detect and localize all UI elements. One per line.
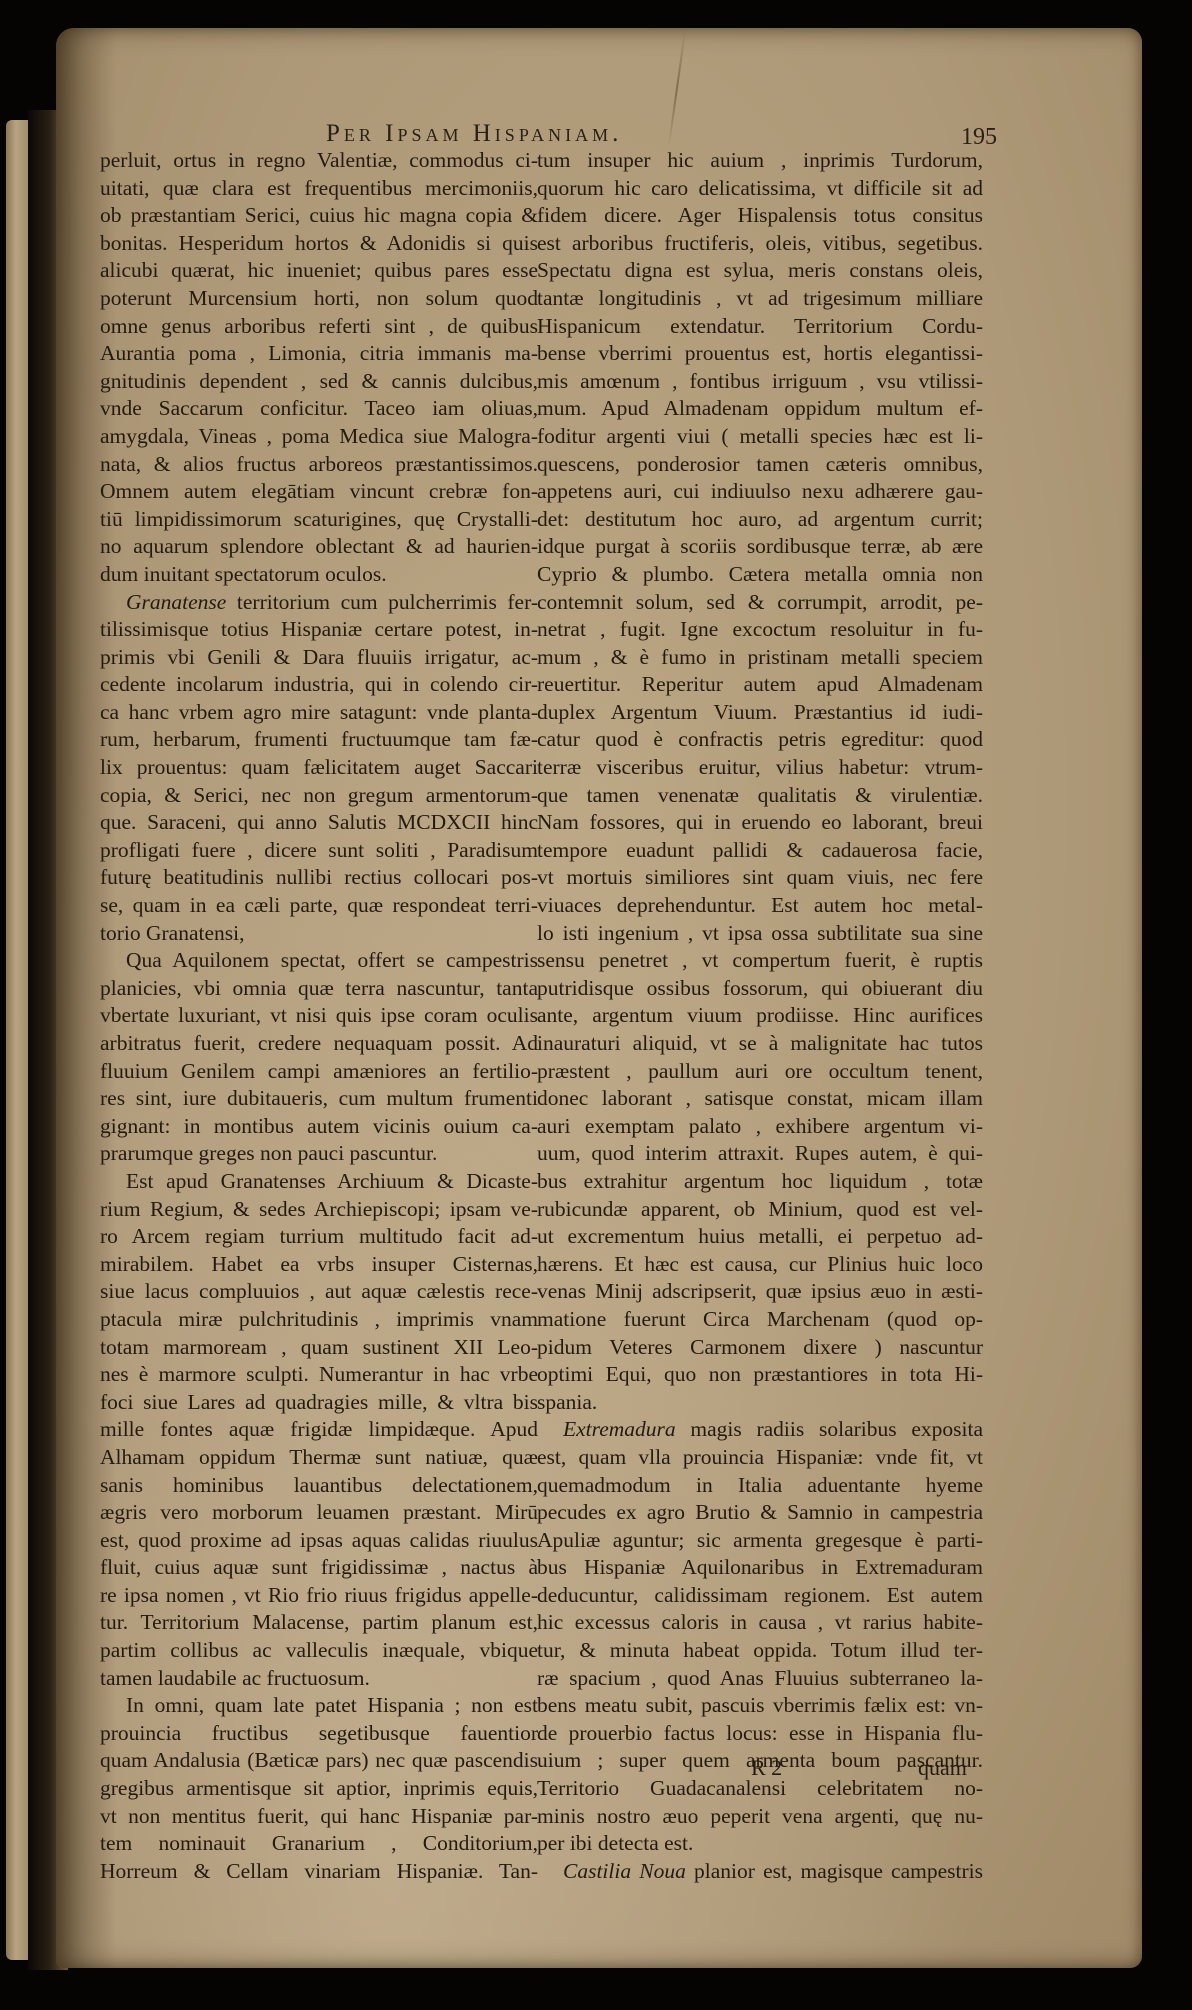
line-text: est, quod proxime ad ipsas aquas calidas…	[100, 1528, 538, 1552]
text-line: ut excrementum huius metalli, ei perpetu…	[537, 1223, 983, 1251]
text-line: Spectatu digna est sylua, meris constans…	[537, 257, 983, 285]
line-text: Omnem autem elegātiam vincunt crebræ fon…	[100, 479, 538, 503]
line-text: Aurantia poma , Limonia, citria immanis …	[100, 341, 538, 365]
text-line: vt mortuis similiores sint quam viuis, n…	[537, 864, 983, 892]
line-text: gregibus armentisque sit aptior, inprimi…	[100, 1776, 538, 1800]
text-line: cedente incolarum industria, qui in cole…	[100, 671, 538, 699]
line-text: vt mortuis similiores sint quam viuis, n…	[537, 865, 983, 889]
text-line: vnde Saccarum conficitur. Taceo iam oliu…	[100, 395, 538, 423]
text-line: putridisque ossibus fossorum, qui obiuer…	[537, 975, 983, 1003]
line-text: appetens auri, cui indiuulso nexu adhære…	[537, 479, 983, 503]
line-text: mille fontes aquæ frigidæ limpidæque. Ap…	[100, 1417, 538, 1441]
line-text: duplex Argentum Viuum. Præstantius id iu…	[537, 700, 983, 724]
text-line: primis vbi Genili & Dara fluuiis irrigat…	[100, 644, 538, 672]
line-text: alicubi quærat, hic inueniet; quibus par…	[100, 258, 538, 282]
text-line: que. Saraceni, qui anno Salutis MCDXCII …	[100, 809, 538, 837]
text-line: idque purgat à scoriis sordibusque terræ…	[537, 533, 983, 561]
line-text: mis amœnum , fontibus irriguum , vsu vti…	[537, 369, 983, 393]
text-line: sensu penetret , vt compertum fuerit, è …	[537, 947, 983, 975]
text-line: In omni, quam late patet Hispania ; non …	[100, 1692, 538, 1720]
text-line: pidum Veteres Carmonem dixere ) nascuntu…	[537, 1334, 983, 1362]
line-text: foditur argenti viui ( metalli species h…	[537, 424, 983, 448]
line-text: bus extrahitur argentum hoc liquidum , t…	[537, 1169, 983, 1193]
text-line: quam Andalusia (Bæticæ pars) nec quæ pas…	[100, 1747, 538, 1775]
line-text: spania.	[537, 1390, 597, 1414]
text-line: rubicundæ apparent, ob Minium, quod est …	[537, 1196, 983, 1224]
line-text: inauraturi aliquid, vt se à malignitate …	[537, 1031, 983, 1055]
text-line: viuaces deprehenduntur. Est autem hoc me…	[537, 892, 983, 920]
text-line: Castilia Noua planior est, magisque camp…	[537, 1858, 983, 1886]
text-line: vbertate luxuriant, vt nisi quis ipse co…	[100, 1002, 538, 1030]
line-text: ca hanc vrbem agro mire satagunt: vnde p…	[100, 700, 538, 724]
line-text: nata, & alios fructus arboreos præstanti…	[100, 452, 538, 476]
text-line: prouincia fructibus segetibusque fauenti…	[100, 1720, 538, 1748]
line-text: planior est, magisque campestris	[694, 1859, 983, 1883]
line-text: mum. Apud Almadenam oppidum multum ef-	[537, 396, 983, 420]
line-text: Qua Aquilonem spectat, offert se campest…	[126, 948, 538, 972]
line-text: no aquarum splendore oblectant & ad haur…	[100, 534, 538, 558]
line-text: amygdala, Vineas , poma Medica siue Malo…	[100, 424, 538, 448]
text-line: ro Arcem regiam turrium multitudo facit …	[100, 1223, 538, 1251]
text-line: Est apud Granatenses Archiuum & Dicaste-	[100, 1168, 538, 1196]
line-text: cedente incolarum industria, qui in cole…	[100, 672, 538, 696]
line-text: est, quam vlla prouincia Hispaniæ: vnde …	[537, 1445, 983, 1469]
text-line: Apuliæ aguntur; sic armenta gregesque è …	[537, 1527, 983, 1555]
line-text: gignant: in montibus autem vicinis ouium…	[100, 1114, 538, 1138]
text-line: foci siue Lares ad quadragies mille, & v…	[100, 1389, 538, 1417]
text-line: spania.	[537, 1389, 983, 1417]
text-line: Omnem autem elegātiam vincunt crebræ fon…	[100, 478, 538, 506]
text-line: no aquarum splendore oblectant & ad haur…	[100, 533, 538, 561]
line-text: pecudes ex agro Brutio & Samnio in campe…	[537, 1500, 983, 1524]
line-text: quescens, ponderosior tamen cæteris omni…	[537, 452, 983, 476]
text-line: vt non mentitus fuerit, qui hanc Hispani…	[100, 1803, 538, 1831]
text-line: Alhamam oppidum Thermæ sunt natiuæ, quæ	[100, 1444, 538, 1472]
facing-page-edge	[6, 120, 28, 1960]
line-text: hærens. Et hæc est causa, cur Plinius hu…	[537, 1252, 983, 1276]
text-line: bus extrahitur argentum hoc liquidum , t…	[537, 1168, 983, 1196]
line-text: præstent , paullum auri ore occultum ten…	[537, 1059, 983, 1083]
text-line: duplex Argentum Viuum. Præstantius id iu…	[537, 699, 983, 727]
line-text: donec laborant , satisque constat, micam…	[537, 1086, 983, 1110]
text-line: inauraturi aliquid, vt se à malignitate …	[537, 1030, 983, 1058]
text-line: fidem dicere. Ager Hispalensis totus con…	[537, 202, 983, 230]
line-text: tempore euadunt pallidi & cadauerosa fac…	[537, 838, 983, 862]
text-line: tur. Territorium Malacense, partim planu…	[100, 1609, 538, 1637]
line-text: que tamen venenatæ qualitatis & virulent…	[537, 783, 983, 807]
text-line: foditur argenti viui ( metalli species h…	[537, 423, 983, 451]
line-text: ut excrementum huius metalli, ei perpetu…	[537, 1224, 983, 1248]
text-line: omne genus arboribus referti sint , de q…	[100, 313, 538, 341]
line-text: magis radiis solaribus exposita	[690, 1417, 983, 1441]
text-line: mille fontes aquæ frigidæ limpidæque. Ap…	[100, 1416, 538, 1444]
line-text: tamen laudabile ac fructuosum.	[100, 1666, 370, 1690]
line-text: venas Minij adscripserit, quæ ipsius æuo…	[537, 1279, 983, 1303]
text-line: siue lacus compluuios , aut aquæ cælesti…	[100, 1278, 538, 1306]
line-text: tiū limpidissimorum scaturigines, quę Cr…	[100, 507, 538, 531]
line-text: fluuium Genilem campi amæniores an ferti…	[100, 1059, 538, 1083]
text-line: venas Minij adscripserit, quæ ipsius æuo…	[537, 1278, 983, 1306]
italic-place-name: Extremadura	[563, 1417, 690, 1441]
text-line: nata, & alios fructus arboreos præstanti…	[100, 451, 538, 479]
text-line: matione fuerunt Circa Marchenam (quod op…	[537, 1306, 983, 1334]
text-line: uitati, quæ clara est frequentibus merci…	[100, 175, 538, 203]
book-page: Per Ipsam Hispaniam. 195 perluit, ortus …	[56, 28, 1142, 1968]
text-line: mirabilem. Habet ea vrbs insuper Cistern…	[100, 1251, 538, 1279]
line-text: bus Hispaniæ Aquilonaribus in Extremadur…	[537, 1555, 983, 1579]
text-line: ræ spacium , quod Anas Fluuius subterran…	[537, 1665, 983, 1693]
line-text: prouincia fructibus segetibusque fauenti…	[100, 1721, 538, 1745]
text-line: quemadmodum in Italia aduentante hyeme	[537, 1472, 983, 1500]
text-line: profligati fuere , dicere sunt soliti , …	[100, 837, 538, 865]
line-text: re ipsa nomen , vt Rio frio riuus frigid…	[100, 1583, 538, 1607]
left-text-column: perluit, ortus in regno Valentiæ, commod…	[100, 147, 538, 1885]
text-line: fluit, cuius aquæ sunt frigidissimæ , na…	[100, 1554, 538, 1582]
line-text: matione fuerunt Circa Marchenam (quod op…	[537, 1307, 983, 1331]
line-text: minis nostro æuo peperit vena argenti, q…	[537, 1804, 983, 1828]
text-line: prarumque greges non pauci pascuntur.	[100, 1140, 538, 1168]
line-text: nes è marmore sculpti. Numerantur in hac…	[100, 1362, 538, 1386]
text-line: perluit, ortus in regno Valentiæ, commod…	[100, 147, 538, 175]
line-text: ræ spacium , quod Anas Fluuius subterran…	[537, 1666, 983, 1690]
line-text: uum, quod interim attraxit. Rupes autem,…	[537, 1141, 983, 1165]
line-text: totam marmoream , quam sustinent XII Leo…	[100, 1335, 538, 1359]
line-text: viuaces deprehenduntur. Est autem hoc me…	[537, 893, 983, 917]
line-text: torio Granatensi,	[100, 921, 245, 945]
line-text: bonitas. Hesperidum hortos & Adonidis si…	[100, 231, 538, 255]
italic-place-name: Castilia Noua	[563, 1859, 694, 1883]
line-text: ob præstantiam Serici, cuius hic magna c…	[100, 203, 538, 227]
text-line: Nam fossores, qui in eruendo eo laborant…	[537, 809, 983, 837]
line-text: pidum Veteres Carmonem dixere ) nascuntu…	[537, 1335, 983, 1359]
line-text: Spectatu digna est sylua, meris constans…	[537, 258, 983, 282]
line-text: arbitratus fuerit, credere nequaquam pos…	[100, 1031, 538, 1055]
text-line: bonitas. Hesperidum hortos & Adonidis si…	[100, 230, 538, 258]
line-text: tur. Territorium Malacense, partim planu…	[100, 1610, 538, 1634]
line-text: det: destitutum hoc auro, ad argentum cu…	[537, 507, 983, 531]
text-line: planicies, vbi omnia quæ terra nascuntur…	[100, 975, 538, 1003]
text-line: ca hanc vrbem agro mire satagunt: vnde p…	[100, 699, 538, 727]
line-text: primis vbi Genili & Dara fluuiis irrigat…	[100, 645, 538, 669]
line-text: lo isti ingenium , vt ipsa ossa subtilit…	[537, 921, 983, 945]
text-line: est, quod proxime ad ipsas aquas calidas…	[100, 1527, 538, 1555]
line-text: profligati fuere , dicere sunt soliti , …	[100, 838, 538, 862]
text-line: gignant: in montibus autem vicinis ouium…	[100, 1113, 538, 1141]
line-text: Hispanicum extendatur. Territorium Cordu…	[537, 314, 983, 338]
line-text: territorium cum pulcherrimis fer-	[237, 590, 538, 614]
text-line: lo isti ingenium , vt ipsa ossa subtilit…	[537, 920, 983, 948]
line-text: quorum hic caro delicatissima, vt diffic…	[537, 176, 983, 200]
text-line: futurę beatitudinis nullibi rectius coll…	[100, 864, 538, 892]
line-text: Apuliæ aguntur; sic armenta gregesque è …	[537, 1528, 983, 1552]
text-line: res sint, iure dubitaueris, cum multum f…	[100, 1085, 538, 1113]
line-text: contemnit solum, sed & corrumpit, arrodi…	[537, 590, 983, 614]
text-line: tamen laudabile ac fructuosum.	[100, 1665, 538, 1693]
text-line: tiū limpidissimorum scaturigines, quę Cr…	[100, 506, 538, 534]
line-text: In omni, quam late patet Hispania ; non …	[126, 1693, 538, 1717]
text-line: est arboribus fructiferis, oleis, vitibu…	[537, 230, 983, 258]
text-line: sanis hominibus lauantibus delectationem…	[100, 1472, 538, 1500]
line-text: putridisque ossibus fossorum, qui obiuer…	[537, 976, 983, 1000]
text-line: copia, & Serici, nec non gregum armentor…	[100, 782, 538, 810]
text-line: totam marmoream , quam sustinent XII Leo…	[100, 1334, 538, 1362]
text-line: Extremadura magis radiis solaribus expos…	[537, 1416, 983, 1444]
line-text: rubicundæ apparent, ob Minium, quod est …	[537, 1197, 983, 1221]
text-line: tum insuper hic auium , inprimis Turdoru…	[537, 147, 983, 175]
line-text: vt non mentitus fuerit, qui hanc Hispani…	[100, 1804, 538, 1828]
paper-crease	[668, 28, 687, 147]
text-line: tem nominauit Granarium , Conditorium,	[100, 1830, 538, 1858]
text-line: appetens auri, cui indiuulso nexu adhære…	[537, 478, 983, 506]
line-text: lix prouentus: quam fælicitatem auget Sa…	[100, 755, 538, 779]
text-line: gnitudinis dependent , sed & cannis dulc…	[100, 368, 538, 396]
text-line: præstent , paullum auri ore occultum ten…	[537, 1058, 983, 1086]
text-line: rium Regium, & sedes Archiepiscopi; ipsa…	[100, 1196, 538, 1224]
text-line: nes è marmore sculpti. Numerantur in hac…	[100, 1361, 538, 1389]
line-text: omne genus arboribus referti sint , de q…	[100, 314, 538, 338]
line-text: reuertitur. Reperitur autem apud Almaden…	[537, 672, 983, 696]
line-text: Alhamam oppidum Thermæ sunt natiuæ, quæ	[100, 1445, 538, 1469]
line-text: planicies, vbi omnia quæ terra nascuntur…	[100, 976, 538, 1000]
line-text: uitati, quæ clara est frequentibus merci…	[100, 176, 538, 200]
right-text-column: tum insuper hic auium , inprimis Turdoru…	[537, 147, 983, 1885]
line-text: rum, herbarum, frumenti fructuumque tam …	[100, 727, 538, 751]
text-line: tilissimisque totius Hispaniæ certare po…	[100, 616, 538, 644]
text-line: auri exemptam palato , exhibere argentum…	[537, 1113, 983, 1141]
line-text: ante, argentum viuum prodiisse. Hinc aur…	[537, 1003, 983, 1027]
text-line: re ipsa nomen , vt Rio frio riuus frigid…	[100, 1582, 538, 1610]
text-line: tur, & minuta habeat oppida. Totum illud…	[537, 1637, 983, 1665]
text-line: tantæ longitudinis , vt ad trigesimum mi…	[537, 285, 983, 313]
line-text: foci siue Lares ad quadragies mille, & v…	[100, 1390, 538, 1414]
text-line: se, quam in ea cæli parte, quæ respondea…	[100, 892, 538, 920]
text-line: optimi Equi, quo non præstantiores in to…	[537, 1361, 983, 1389]
line-text: quam Andalusia (Bæticæ pars) nec quæ pas…	[100, 1748, 538, 1772]
text-line: mis amœnum , fontibus irriguum , vsu vti…	[537, 368, 983, 396]
line-text: partim collibus ac valleculis inæquale, …	[100, 1638, 538, 1662]
text-line: Cyprio & plumbo. Cætera metalla omnia no…	[537, 561, 983, 589]
line-text: fluit, cuius aquæ sunt frigidissimæ , na…	[100, 1555, 538, 1579]
catchword: quam	[918, 1755, 967, 1781]
line-text: Horreum & Cellam vinariam Hispaniæ. Tan-	[100, 1859, 538, 1883]
line-text: perluit, ortus in regno Valentiæ, commod…	[100, 148, 538, 172]
text-line: Aurantia poma , Limonia, citria immanis …	[100, 340, 538, 368]
text-line: amygdala, Vineas , poma Medica siue Malo…	[100, 423, 538, 451]
text-line: Hispanicum extendatur. Territorium Cordu…	[537, 313, 983, 341]
line-text: prarumque greges non pauci pascuntur.	[100, 1141, 437, 1165]
line-text: rium Regium, & sedes Archiepiscopi; ipsa…	[100, 1197, 538, 1221]
text-line: que tamen venenatæ qualitatis & virulent…	[537, 782, 983, 810]
line-text: futurę beatitudinis nullibi rectius coll…	[100, 865, 538, 889]
line-text: vbertate luxuriant, vt nisi quis ipse co…	[100, 1003, 538, 1027]
text-line: est, quam vlla prouincia Hispaniæ: vnde …	[537, 1444, 983, 1472]
line-text: tum insuper hic auium , inprimis Turdoru…	[537, 148, 983, 172]
line-text: est arboribus fructiferis, oleis, vitibu…	[537, 231, 983, 255]
text-line: rum, herbarum, frumenti fructuumque tam …	[100, 726, 538, 754]
line-text: catur quod è confractis petris egreditur…	[537, 727, 983, 751]
running-head: Per Ipsam Hispaniam.	[326, 120, 622, 148]
line-text: Nam fossores, qui in eruendo eo laborant…	[537, 810, 983, 834]
line-text: fidem dicere. Ager Hispalensis totus con…	[537, 203, 983, 227]
text-line: quescens, ponderosior tamen cæteris omni…	[537, 451, 983, 479]
line-text: idque purgat à scoriis sordibusque terræ…	[537, 534, 983, 558]
line-text: copia, & Serici, nec non gregum armentor…	[100, 783, 538, 807]
text-line: quorum hic caro delicatissima, vt diffic…	[537, 175, 983, 203]
text-line: uum, quod interim attraxit. Rupes autem,…	[537, 1140, 983, 1168]
text-line: ægris vero morborum leuamen præstant. Mi…	[100, 1499, 538, 1527]
text-line: Qua Aquilonem spectat, offert se campest…	[100, 947, 538, 975]
text-line: reuertitur. Reperitur autem apud Almaden…	[537, 671, 983, 699]
line-text: mirabilem. Habet ea vrbs insuper Cistern…	[100, 1252, 538, 1276]
text-line: bense vberrimi prouentus est, hortis ele…	[537, 340, 983, 368]
line-text: mum , & è fumo in pristinam metalli spec…	[537, 645, 983, 669]
text-line: terræ visceribus eruitur, vilius habetur…	[537, 754, 983, 782]
line-text: Est apud Granatenses Archiuum & Dicaste-	[126, 1169, 538, 1193]
text-line: torio Granatensi,	[100, 920, 538, 948]
text-line: hærens. Et hæc est causa, cur Plinius hu…	[537, 1251, 983, 1279]
line-text: auri exemptam palato , exhibere argentum…	[537, 1114, 983, 1138]
line-text: bens meatu subit, pascuis vberrimis fæli…	[537, 1693, 983, 1717]
text-line: partim collibus ac valleculis inæquale, …	[100, 1637, 538, 1665]
line-text: vnde Saccarum conficitur. Taceo iam oliu…	[100, 396, 538, 420]
line-text: tantæ longitudinis , vt ad trigesimum mi…	[537, 286, 983, 310]
text-line: gregibus armentisque sit aptior, inprimi…	[100, 1775, 538, 1803]
text-line: de prouerbio factus locus: esse in Hispa…	[537, 1720, 983, 1748]
text-line: poterunt Murcensium horti, non solum quo…	[100, 285, 538, 313]
line-text: siue lacus compluuios , aut aquæ cælesti…	[100, 1279, 538, 1303]
line-text: deducuntur, calidissimam regionem. Est a…	[537, 1583, 983, 1607]
text-line: pecudes ex agro Brutio & Samnio in campe…	[537, 1499, 983, 1527]
line-text: ptacula miræ pulchritudinis , imprimis v…	[100, 1307, 538, 1331]
text-line: mum. Apud Almadenam oppidum multum ef-	[537, 395, 983, 423]
text-line: hic excessus caloris in causa , vt rariu…	[537, 1609, 983, 1637]
line-text: netrat , fugit. Igne excoctum resoluitur…	[537, 617, 983, 641]
signature-mark: R 2	[751, 1755, 782, 1781]
text-line: det: destitutum hoc auro, ad argentum cu…	[537, 506, 983, 534]
text-line: dum inuitant spectatorum oculos.	[100, 561, 538, 589]
line-text: res sint, iure dubitaueris, cum multum f…	[100, 1086, 538, 1110]
line-text: sensu penetret , vt compertum fuerit, è …	[537, 948, 983, 972]
text-line: catur quod è confractis petris egreditur…	[537, 726, 983, 754]
line-text: dum inuitant spectatorum oculos.	[100, 562, 387, 586]
text-line: per ibi detecta est.	[537, 1830, 983, 1858]
italic-place-name: Granatense	[126, 590, 237, 614]
line-text: ro Arcem regiam turrium multitudo facit …	[100, 1224, 538, 1248]
text-line: deducuntur, calidissimam regionem. Est a…	[537, 1582, 983, 1610]
line-text: sanis hominibus lauantibus delectationem…	[100, 1473, 538, 1497]
line-text: que. Saraceni, qui anno Salutis MCDXCII …	[100, 810, 538, 834]
line-text: terræ visceribus eruitur, vilius habetur…	[537, 755, 983, 779]
line-text: hic excessus caloris in causa , vt rariu…	[537, 1610, 983, 1634]
line-text: optimi Equi, quo non præstantiores in to…	[537, 1362, 983, 1386]
line-text: gnitudinis dependent , sed & cannis dulc…	[100, 369, 538, 393]
line-text: quemadmodum in Italia aduentante hyeme	[537, 1473, 983, 1497]
line-text: tem nominauit Granarium , Conditorium,	[100, 1831, 538, 1855]
line-text: poterunt Murcensium horti, non solum quo…	[100, 286, 538, 310]
text-line: netrat , fugit. Igne excoctum resoluitur…	[537, 616, 983, 644]
line-text: Cyprio & plumbo. Cætera metalla omnia no…	[537, 562, 983, 586]
text-line: ob præstantiam Serici, cuius hic magna c…	[100, 202, 538, 230]
line-text: ægris vero morborum leuamen præstant. Mi…	[100, 1500, 538, 1524]
line-text: per ibi detecta est.	[537, 1831, 693, 1855]
text-line: bens meatu subit, pascuis vberrimis fæli…	[537, 1692, 983, 1720]
text-line: donec laborant , satisque constat, micam…	[537, 1085, 983, 1113]
line-text: tilissimisque totius Hispaniæ certare po…	[100, 617, 538, 641]
text-line: mum , & è fumo in pristinam metalli spec…	[537, 644, 983, 672]
line-text: tur, & minuta habeat oppida. Totum illud…	[537, 1638, 983, 1662]
text-line: lix prouentus: quam fælicitatem auget Sa…	[100, 754, 538, 782]
text-line: Granatense territorium cum pulcherrimis …	[100, 589, 538, 617]
text-line: alicubi quærat, hic inueniet; quibus par…	[100, 257, 538, 285]
text-line: ante, argentum viuum prodiisse. Hinc aur…	[537, 1002, 983, 1030]
text-line: Horreum & Cellam vinariam Hispaniæ. Tan-	[100, 1858, 538, 1886]
text-line: ptacula miræ pulchritudinis , imprimis v…	[100, 1306, 538, 1334]
text-line: arbitratus fuerit, credere nequaquam pos…	[100, 1030, 538, 1058]
line-text: bense vberrimi prouentus est, hortis ele…	[537, 341, 983, 365]
line-text: de prouerbio factus locus: esse in Hispa…	[537, 1721, 983, 1745]
line-text: se, quam in ea cæli parte, quæ respondea…	[100, 893, 538, 917]
text-line: tempore euadunt pallidi & cadauerosa fac…	[537, 837, 983, 865]
text-line: bus Hispaniæ Aquilonaribus in Extremadur…	[537, 1554, 983, 1582]
text-line: minis nostro æuo peperit vena argenti, q…	[537, 1803, 983, 1831]
text-line: contemnit solum, sed & corrumpit, arrodi…	[537, 589, 983, 617]
text-line: fluuium Genilem campi amæniores an ferti…	[100, 1058, 538, 1086]
